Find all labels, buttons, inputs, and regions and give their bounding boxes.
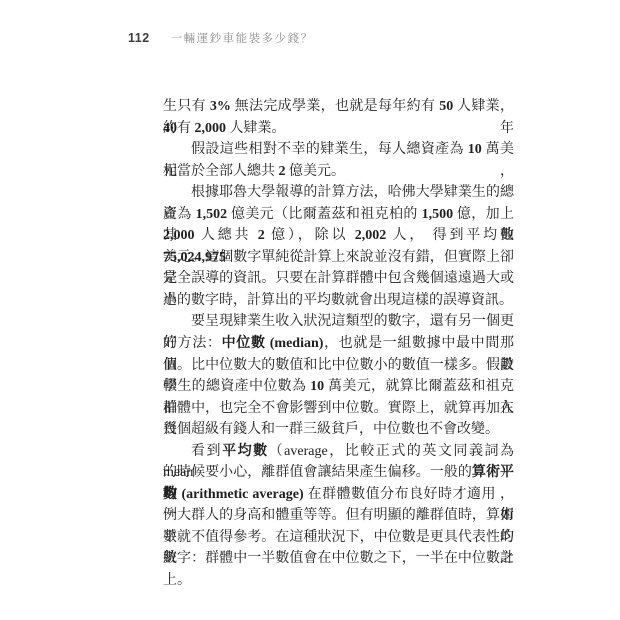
text-line: 數 (arithmetic average) 在群體數值分布良好時才適用 ， 例… [163,484,514,506]
text-line: 小的數字時，計算出的平均數就會出現這樣的誤導資訊。 [163,290,514,312]
text-line: 學生的總資產中位數為 10 萬美元，就算比爾蓋茲和祖克柏在 [163,376,514,398]
text-line: 數就不值得參考。在這種狀況下，中位數是更具代表性的統計 [163,527,514,549]
text-line: 產為 1,502 億美元（比爾蓋茲和祖克柏的 1,500 億，加上其他 [163,204,514,226]
page-header: 112一輛運鈔車能裝多少錢？ [128,29,314,47]
text-line: 的時候要小心，離群值會讓結果產生偏移。一般的算術平均 [163,462,514,484]
text-line: 美元。這個數字單純從計算上來說並沒有錯，但實際上卻是 [163,247,514,269]
text-line: 數字：群體中一半數值會在中位數之下，一半在中位數之上。 [163,548,514,570]
text-line: 百個超級有錢人和一群三級貧戶，中位數也不會改變。 [163,419,514,441]
text-line: 群體中，也完全不會影響到中位數。實際上，就算再加入幾 [163,398,514,420]
text-line: 2,000 人總共 2 億），除以 2,002 人， 得到平均數 75,024,… [163,225,514,247]
text-line: 的方法：中位數 (median)，也就是一組數據中最中間那個數 [163,333,514,355]
text-line: 生只有 3% 無法完成學業，也就是每年約有 50 人肄業，40 年 [163,96,514,118]
text-line: 根據耶魯大學報導的計算方法，哈佛大學肄業生的總資 [163,182,514,204]
text-line: 一大群人的身高和體重等等。但有明顯的離群值時，算術平均 [163,505,514,527]
text-line: 看到平均數（average，比較正式的英文同義詞為 mean） [163,441,514,463]
page-number: 112 [128,31,150,45]
body-text: 生只有 3% 無法完成學業，也就是每年約有 50 人肄業，40 年約有 2,00… [163,96,514,570]
text-line: 值。比中位數大的數值和比中位數小的數值一樣多。假設輟 [163,355,514,377]
chapter-title: 一輛運鈔車能裝多少錢？ [171,33,314,45]
text-line: 假設這些相對不幸的肄業生，每人總資產為 10 萬美元， [163,139,514,161]
book-page: 112一輛運鈔車能裝多少錢？ 生只有 3% 無法完成學業，也就是每年約有 50 … [0,0,620,620]
text-line: 完全誤導的資訊。只要在計算群體中包含幾個遠遠過大或過 [163,268,514,290]
text-line: 要呈現肄業生收入狀況這類型的數字，還有另一個更好 [163,311,514,333]
